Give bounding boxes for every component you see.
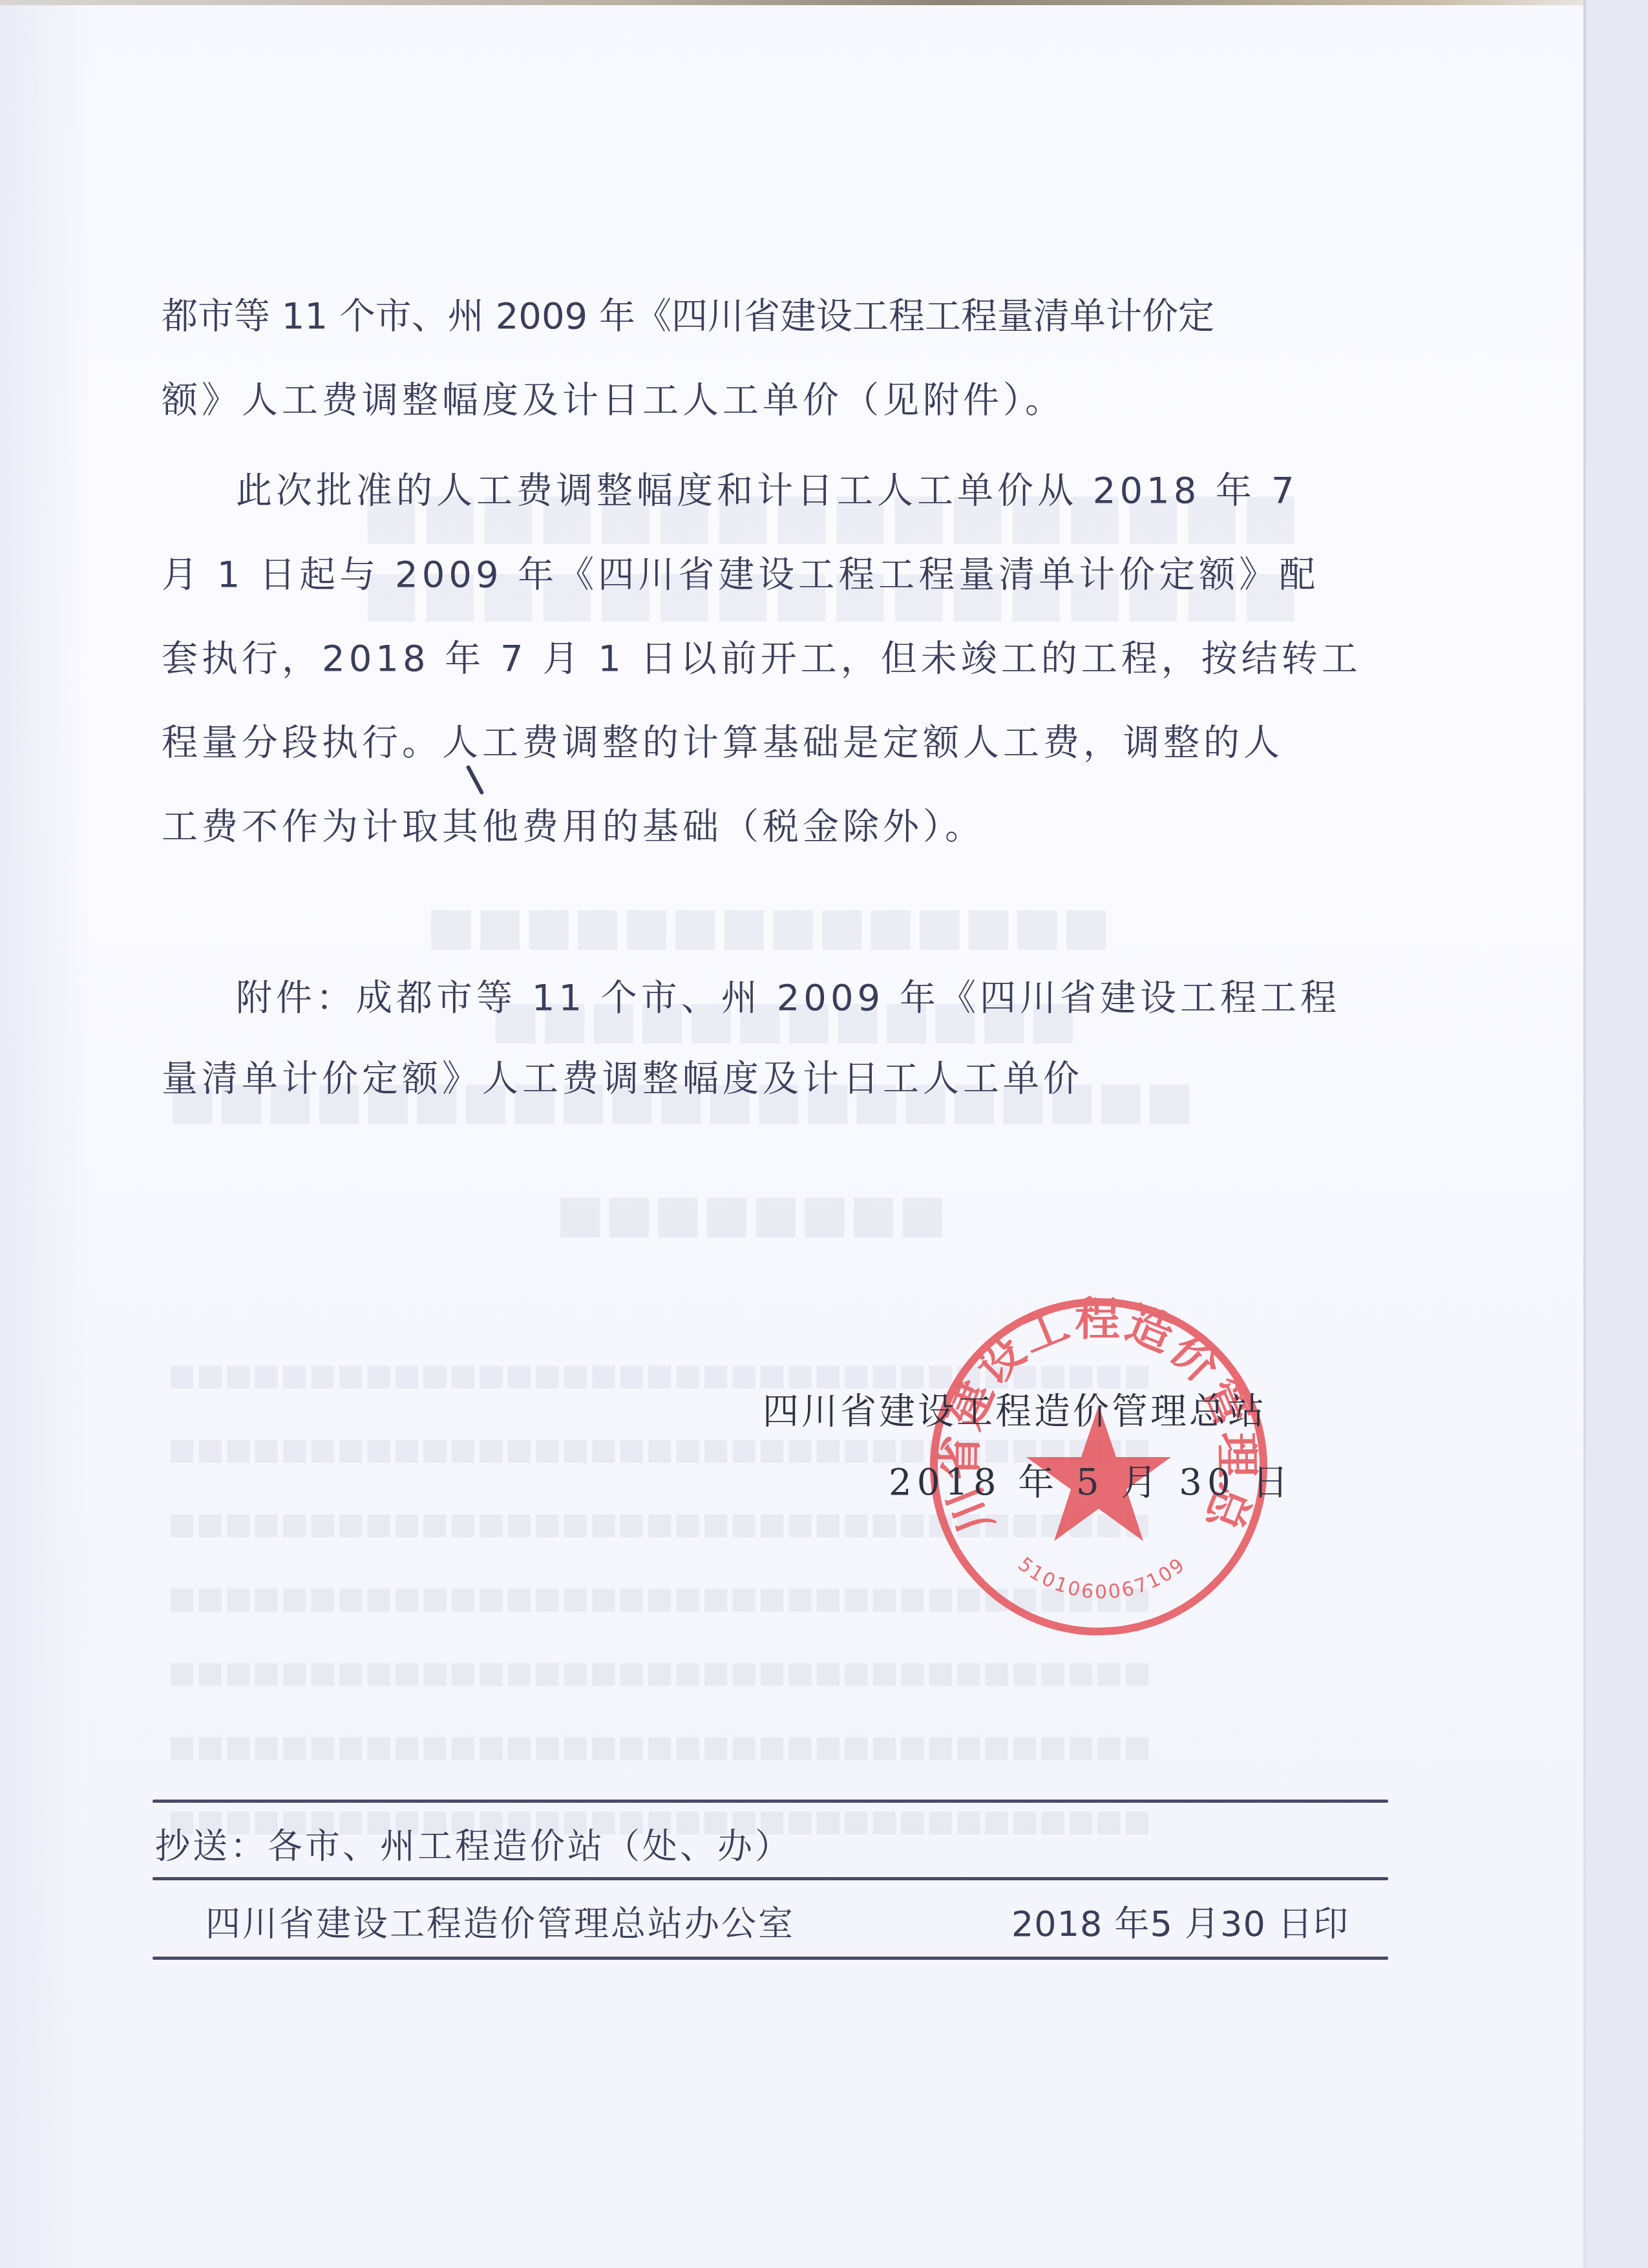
attachment-line: 量清单计价定额》人工费调整幅度及计日工人工单价	[162, 1050, 1083, 1102]
paper-right-edge	[1583, 0, 1586, 2268]
body-line: 额》人工费调整幅度及计日工人工单价（见附件）。	[162, 372, 1065, 423]
body-line: 此次批准的人工费调整幅度和计日工人工单价从 2018 年 7	[236, 462, 1364, 514]
footer-rule-middle	[153, 1877, 1388, 1880]
signature-date: 2018 年 5 月 30 日	[889, 1454, 1293, 1506]
signature-organization: 四川省建设工程造价管理总站	[763, 1383, 1267, 1434]
body-line: 都市等 11 个市、州 2009 年《四川省建设工程工程量清单计价定	[162, 288, 1364, 339]
scan-top-edge	[0, 0, 1585, 5]
bleed-through-heading-6: ■■■■■■■■	[556, 1182, 947, 1243]
footer-rule-top	[153, 1800, 1388, 1803]
svg-text:5101060067109: 5101060067109	[1013, 1553, 1190, 1603]
issuer-office: 四川省建设工程造价管理总站办公室	[206, 1896, 795, 1946]
body-line: 工费不作为计取其他费用的基础（税金除外）。	[162, 798, 985, 850]
seal-code: 5101060067109	[1013, 1553, 1190, 1603]
body-line: 程量分段执行。人工费调整的计算基础是定额人工费，调整的人	[162, 714, 1284, 766]
cc-line: 抄送：各市、州工程造价站（处、办）	[155, 1819, 792, 1869]
print-date: 2018 年5 月30 日印	[1011, 1896, 1349, 1946]
body-line: 套执行，2018 年 7 月 1 日以前开工，但未竣工的工程，按结转工	[162, 630, 1362, 682]
body-line: 月 1 日起与 2009 年《四川省建设工程工程量清单计价定额》配	[162, 546, 1319, 598]
bleed-through-heading-3: ■■■■■■■■■■■■■■	[427, 895, 1110, 956]
footer-rule-bottom	[153, 1957, 1388, 1960]
body-line-text: 都市等 11 个市、州 2009 年《四川省建设工程工程量清单计价定	[162, 288, 1214, 339]
paper-shadow	[0, 5, 90, 2268]
attachment-line: 附件：成都市等 11 个市、州 2009 年《四川省建设工程工程	[236, 969, 1340, 1021]
